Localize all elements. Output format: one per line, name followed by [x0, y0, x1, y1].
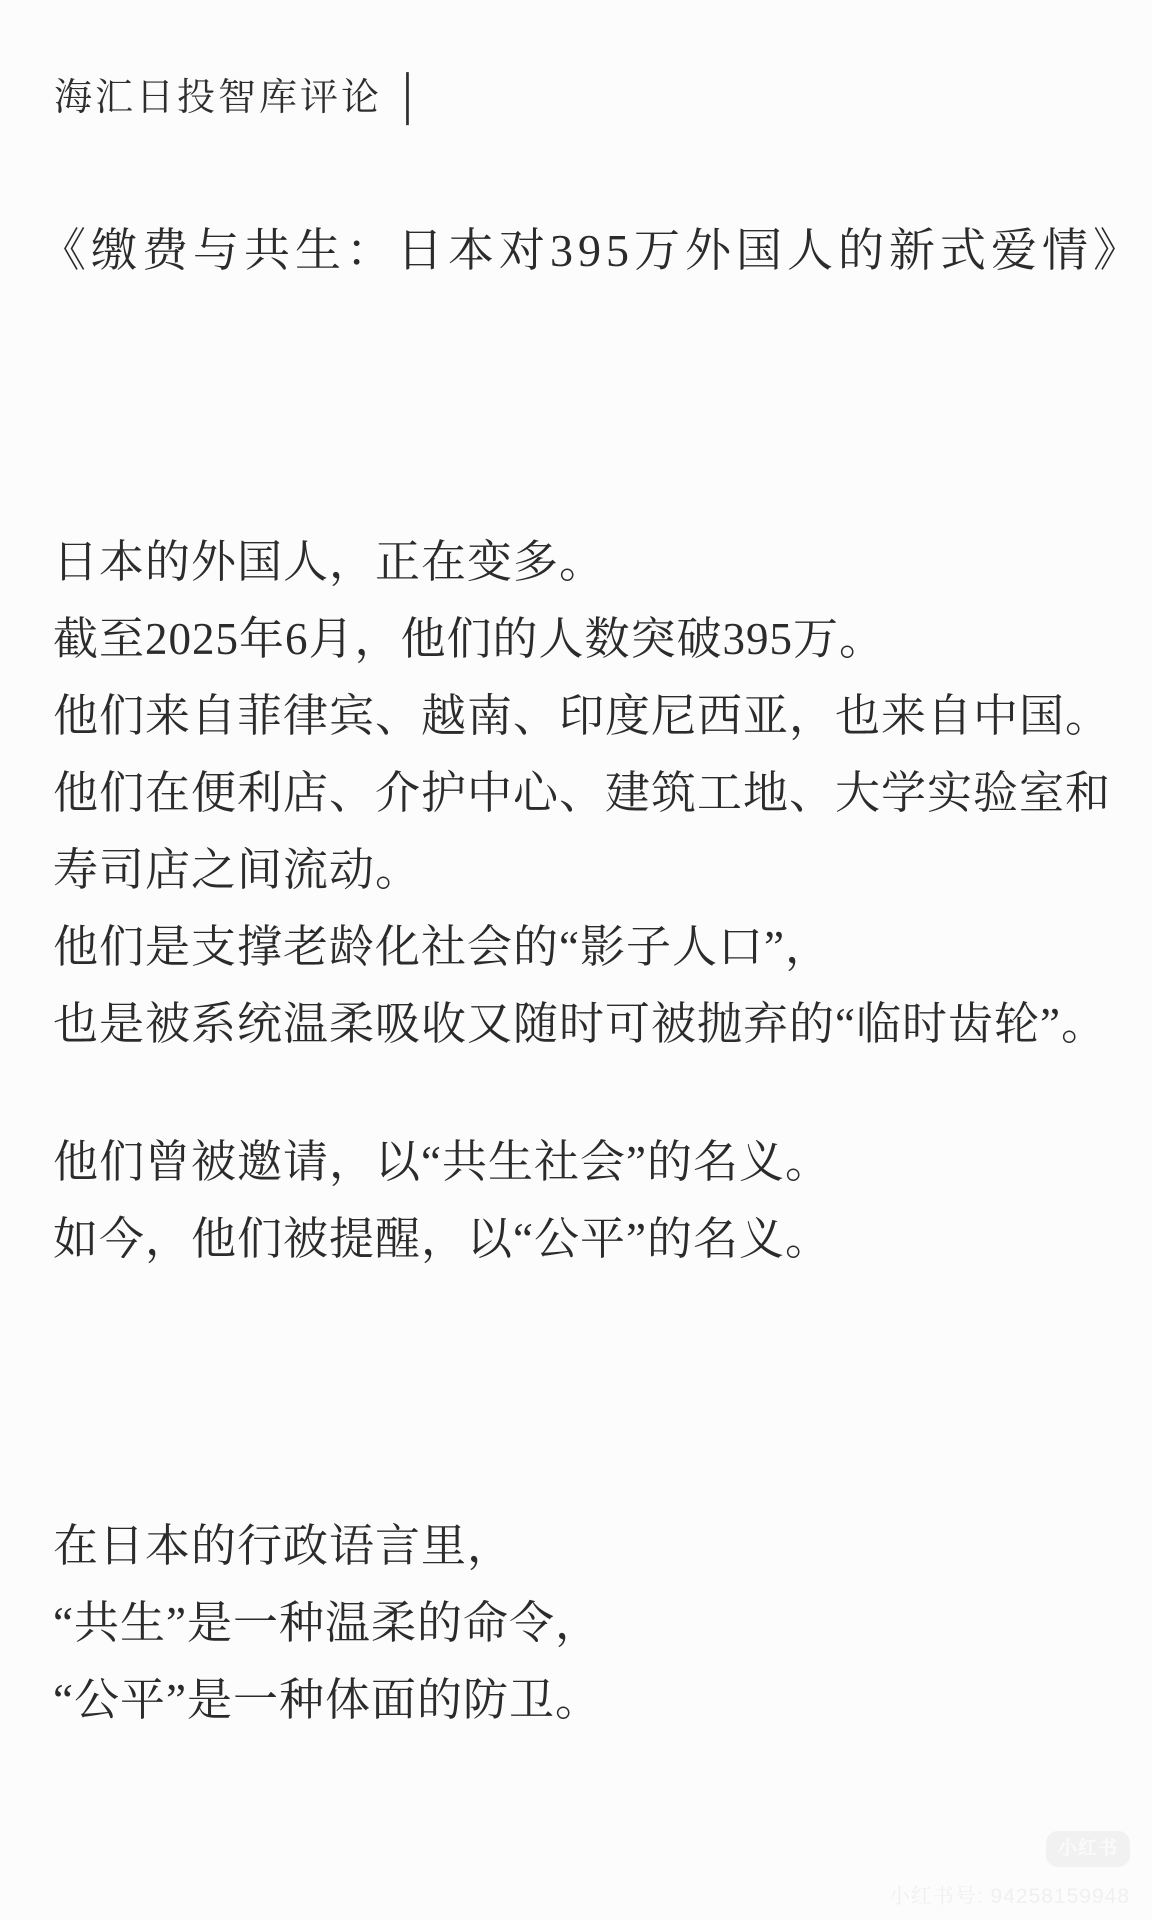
text-line: 寿司店之间流动。: [53, 832, 1132, 909]
paragraph-3: 在日本的行政语言里， “共生”是一种温柔的命令， “公平”是一种体面的防卫。: [53, 1508, 1132, 1739]
text-line: 日本的外国人，正在变多。: [53, 524, 1132, 601]
article-title: 《缴费与共生：日本对395万外国人的新式爱情》: [40, 214, 1144, 280]
publisher-name: 海汇日投智库评论: [54, 77, 382, 119]
text-line: “共生”是一种温柔的命令，: [53, 1585, 1132, 1662]
text-line: 他们是支撑老龄化社会的“影子人口”，: [53, 909, 1132, 986]
text-line: 也是被系统温柔吸收又随时可被抛弃的“临时齿轮”。: [53, 986, 1132, 1063]
xiaohongshu-watermark: 小红书 小红书号: 94258159948: [889, 1831, 1130, 1910]
text-line: “公平”是一种体面的防卫。: [53, 1662, 1132, 1739]
paragraph-2: 他们曾被邀请，以“共生社会”的名义。 如今，他们被提醒，以“公平”的名义。: [53, 1124, 1132, 1278]
text-line: 截至2025年6月，他们的人数突破395万。: [53, 601, 1132, 678]
xiaohongshu-logo-badge: 小红书: [1046, 1831, 1130, 1867]
article-page: 海汇日投智库评论│ 《缴费与共生：日本对395万外国人的新式爱情》 日本的外国人…: [0, 0, 1152, 1920]
byline-separator-bar: │: [394, 73, 424, 124]
publisher-byline: 海汇日投智库评论│: [54, 66, 424, 121]
text-line: 他们来自菲律宾、越南、印度尼西亚，也来自中国。: [53, 678, 1132, 755]
text-line: 在日本的行政语言里，: [53, 1508, 1132, 1585]
xiaohongshu-account-id: 小红书号: 94258159948: [889, 1880, 1130, 1910]
text-line: 他们曾被邀请，以“共生社会”的名义。: [53, 1124, 1132, 1201]
paragraph-1: 日本的外国人，正在变多。 截至2025年6月，他们的人数突破395万。 他们来自…: [53, 524, 1132, 1063]
text-line: 他们在便利店、介护中心、建筑工地、大学实验室和: [53, 755, 1132, 832]
text-line: 如今，他们被提醒，以“公平”的名义。: [53, 1201, 1132, 1278]
